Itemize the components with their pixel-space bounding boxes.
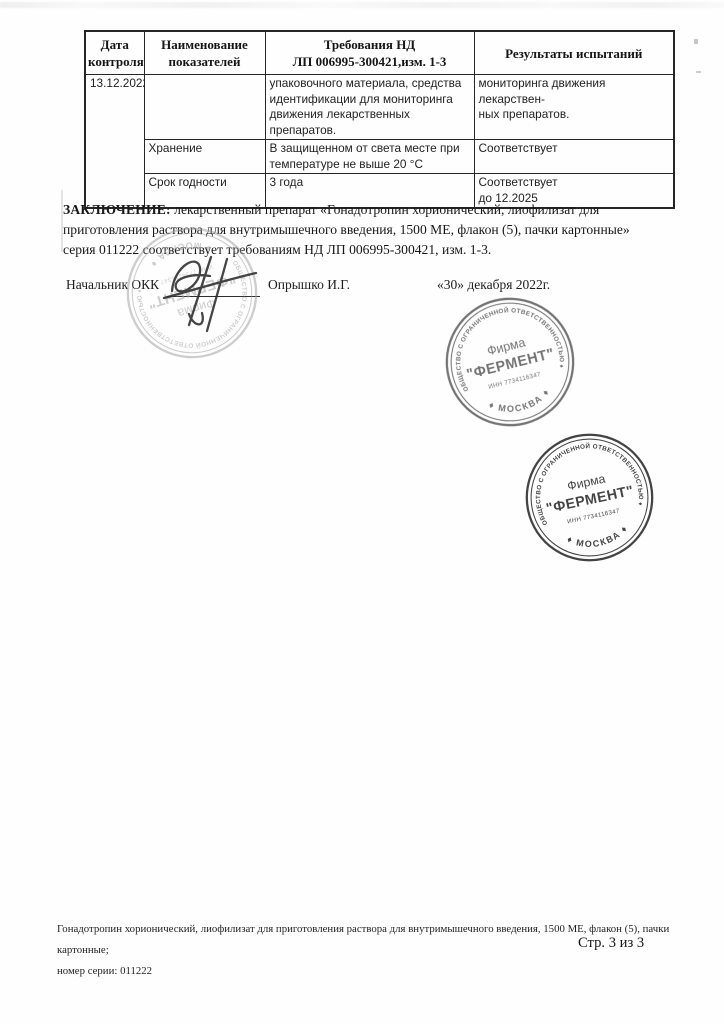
col-header-indicator-name: Наименование показателей — [144, 31, 265, 75]
footer-series-line: номер серии: 011222 — [57, 961, 671, 982]
conclusion-label: ЗАКЛЮЧЕНИЕ: — [63, 202, 171, 217]
table-header-row: Дата контроля Наименование показателей Т… — [85, 31, 674, 75]
indicator-cell — [144, 75, 265, 140]
control-date-cell: 13.12.2022 — [85, 75, 144, 209]
scanned-document-page: Дата контроля Наименование показателей Т… — [0, 0, 724, 1024]
handwritten-signature — [150, 246, 268, 338]
table-row: 13.12.2022 упаковочного материала, средс… — [85, 75, 674, 140]
round-stamp-ferment-bottom — [511, 419, 669, 577]
requirement-cell: В защищенном от света месте при температ… — [265, 140, 474, 174]
scan-artifact-speck — [696, 71, 701, 73]
result-cell: мониторинга движения лекарствен- ных пре… — [474, 75, 674, 140]
round-stamp-ferment-middle — [429, 281, 591, 443]
requirement-cell: упаковочного материала, средства идентиф… — [265, 75, 474, 140]
page-number: Стр. 3 из 3 — [578, 935, 644, 952]
indicator-cell: Хранение — [144, 140, 265, 174]
col-header-nd-requirements: Требования НД ЛП 006995-300421,изм. 1-3 — [265, 31, 474, 75]
signatory-name: Опрышко И.Г. — [268, 277, 350, 293]
scan-artifact-top-streak — [0, 2, 724, 8]
table-row: Хранение В защищенном от света месте при… — [85, 140, 674, 174]
qc-results-table: Дата контроля Наименование показателей Т… — [84, 30, 675, 209]
result-cell: Соответствует — [474, 140, 674, 174]
scan-artifact-speck — [694, 39, 698, 44]
col-header-test-results: Результаты испытаний — [474, 31, 674, 75]
col-header-control-date: Дата контроля — [85, 31, 144, 75]
